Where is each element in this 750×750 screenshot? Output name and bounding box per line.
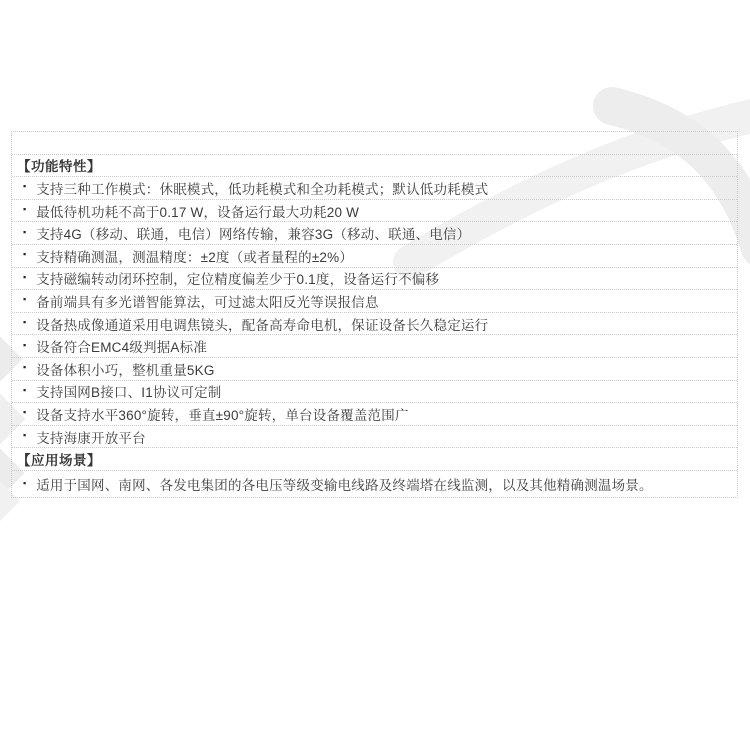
bullet-icon: ▪: [23, 479, 26, 488]
bullet-icon: ▪: [23, 205, 26, 214]
page: 【功能特性】 ▪ 支持三种工作模式：休眠模式，低功耗模式和全功耗模式；默认低功耗…: [0, 0, 750, 750]
spec-table: 【功能特性】 ▪ 支持三种工作模式：休眠模式，低功耗模式和全功耗模式；默认低功耗…: [11, 131, 738, 498]
bullet-icon: ▪: [23, 318, 26, 327]
feature-item-text: 设备体积小巧，整机重量5KG: [36, 359, 214, 379]
bullet-icon: ▪: [23, 386, 26, 395]
bullet-icon: ▪: [23, 250, 26, 259]
feature-item-row: ▪ 设备热成像通道采用电调焦镜头，配备高寿命电机，保证设备长久稳定运行: [12, 313, 737, 336]
feature-item-row: ▪ 设备体积小巧，整机重量5KG: [12, 358, 737, 381]
feature-item-row: ▪ 支持磁编转动闭环控制，定位精度偏差少于0.1度，设备运行不偏移: [12, 268, 737, 291]
bullet-icon: ▪: [23, 228, 26, 237]
feature-item-text: 设备符合EMC4级判据A标准: [36, 336, 207, 356]
bullet-icon: ▪: [23, 273, 26, 282]
feature-item-text: 设备热成像通道采用电调焦镜头，配备高寿命电机，保证设备长久稳定运行: [36, 314, 488, 334]
feature-item-text: 最低待机功耗不高于0.17 W，设备运行最大功耗20 W: [36, 201, 359, 221]
feature-item-row: ▪ 备前端具有多光谱智能算法，可过滤太阳反光等误报信息: [12, 290, 737, 313]
section-heading-text: 【功能特性】: [17, 155, 101, 175]
feature-item-row: ▪ 设备支持水平360°旋转，垂直±90°旋转，单台设备覆盖范围广: [12, 403, 737, 426]
feature-item-text: 备前端具有多光谱智能算法，可过滤太阳反光等误报信息: [36, 291, 379, 311]
feature-item-row: ▪ 最低待机功耗不高于0.17 W，设备运行最大功耗20 W: [12, 200, 737, 223]
feature-item-row: ▪ 支持海康开放平台: [12, 426, 737, 449]
section-heading-text: 【应用场景】: [17, 449, 101, 469]
application-item-text: 适用于国网、南网、各发电集团的各电压等级变输电线路及终端塔在线监测，以及其他精确…: [36, 474, 653, 494]
feature-item-row: ▪ 支持国网B接口、I1协议可定制: [12, 381, 737, 404]
feature-item-text: 支持海康开放平台: [36, 427, 146, 447]
feature-item-row: ▪ 设备符合EMC4级判据A标准: [12, 335, 737, 358]
bullet-icon: ▪: [23, 363, 26, 372]
feature-item-text: 支持4G（移动、联通，电信）网络传输，兼容3G（移动、联通、电信）: [36, 223, 470, 243]
feature-item-text: 支持三种工作模式：休眠模式，低功耗模式和全功耗模式；默认低功耗模式: [36, 178, 488, 198]
feature-item-row: ▪ 支持精确测温，测温精度：±2度（或者量程的±2%）: [12, 245, 737, 268]
bullet-icon: ▪: [23, 408, 26, 417]
application-item-row: ▪ 适用于国网、南网、各发电集团的各电压等级变输电线路及终端塔在线监测，以及其他…: [12, 471, 737, 498]
section-heading-applications: 【应用场景】: [12, 448, 737, 471]
bullet-icon: ▪: [23, 431, 26, 440]
table-empty-row: [12, 132, 737, 155]
feature-item-row: ▪ 支持4G（移动、联通，电信）网络传输，兼容3G（移动、联通、电信）: [12, 222, 737, 245]
feature-item-row: ▪ 支持三种工作模式：休眠模式，低功耗模式和全功耗模式；默认低功耗模式: [12, 177, 737, 200]
feature-item-text: 支持磁编转动闭环控制，定位精度偏差少于0.1度，设备运行不偏移: [36, 268, 439, 288]
bullet-icon: ▪: [23, 341, 26, 350]
section-heading-features: 【功能特性】: [12, 155, 737, 178]
feature-item-text: 支持精确测温，测温精度：±2度（或者量程的±2%）: [36, 246, 353, 266]
feature-item-text: 支持国网B接口、I1协议可定制: [36, 381, 221, 401]
bullet-icon: ▪: [23, 182, 26, 191]
feature-item-text: 设备支持水平360°旋转，垂直±90°旋转，单台设备覆盖范围广: [36, 404, 408, 424]
bullet-icon: ▪: [23, 295, 26, 304]
